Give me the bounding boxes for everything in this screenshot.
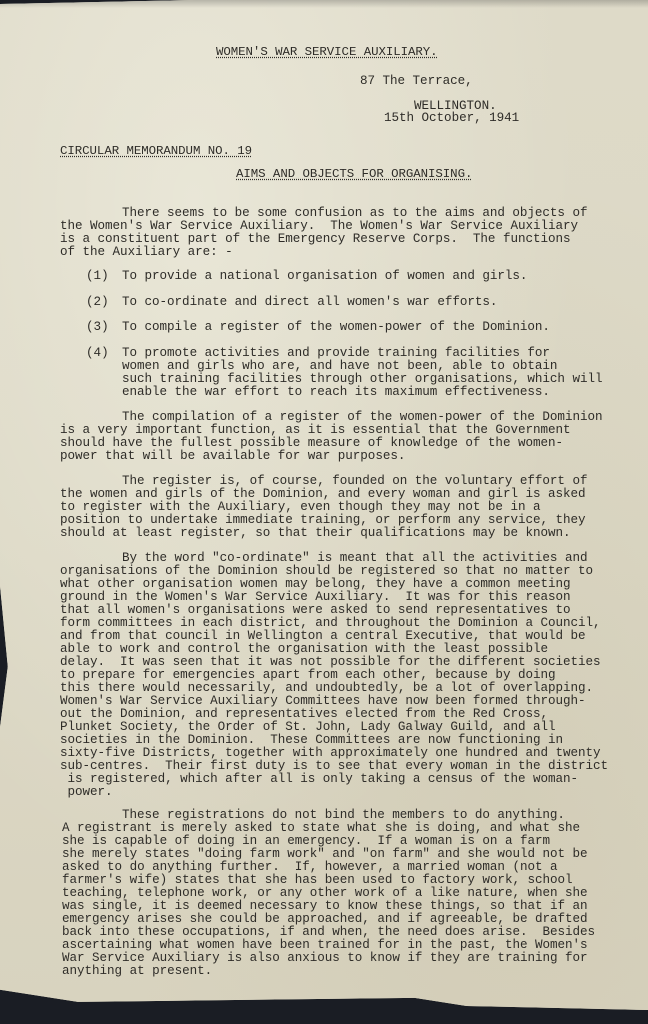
memorandum-page: WOMEN'S WAR SERVICE AUXILIARY. 87 The Te… [0,0,648,1010]
function-number: (4) [86,347,109,360]
function-number: (1) [86,270,109,283]
page-shadow [0,0,648,8]
function-text: To provide a national organisation of wo… [122,270,527,283]
subject-heading: AIMS AND OBJECTS FOR ORGANISING. [236,168,472,181]
function-text: To co-ordinate and direct all women's wa… [122,296,497,309]
org-title: WOMEN'S WAR SERVICE AUXILIARY. [216,46,438,59]
function-number: (3) [86,321,109,334]
paragraph-line: power that will be available for war pur… [60,450,405,463]
paragraph-line: anything at present. [62,965,212,978]
date: 15th October, 1941 [384,112,519,125]
intro-line: of the Auxiliary are: - [60,246,233,259]
function-text: To compile a register of the women-power… [122,321,550,334]
function-text: enable the war effort to reach its maxim… [122,386,550,399]
memo-number: CIRCULAR MEMORANDUM NO. 19 [60,145,252,158]
paragraph-line: power. [60,786,113,799]
paragraph-line: is registered, which after all is only t… [60,773,578,786]
address-line: 87 The Terrace, [360,75,473,88]
function-number: (2) [86,296,109,309]
paragraph-line: should at least register, so that their … [60,527,571,540]
